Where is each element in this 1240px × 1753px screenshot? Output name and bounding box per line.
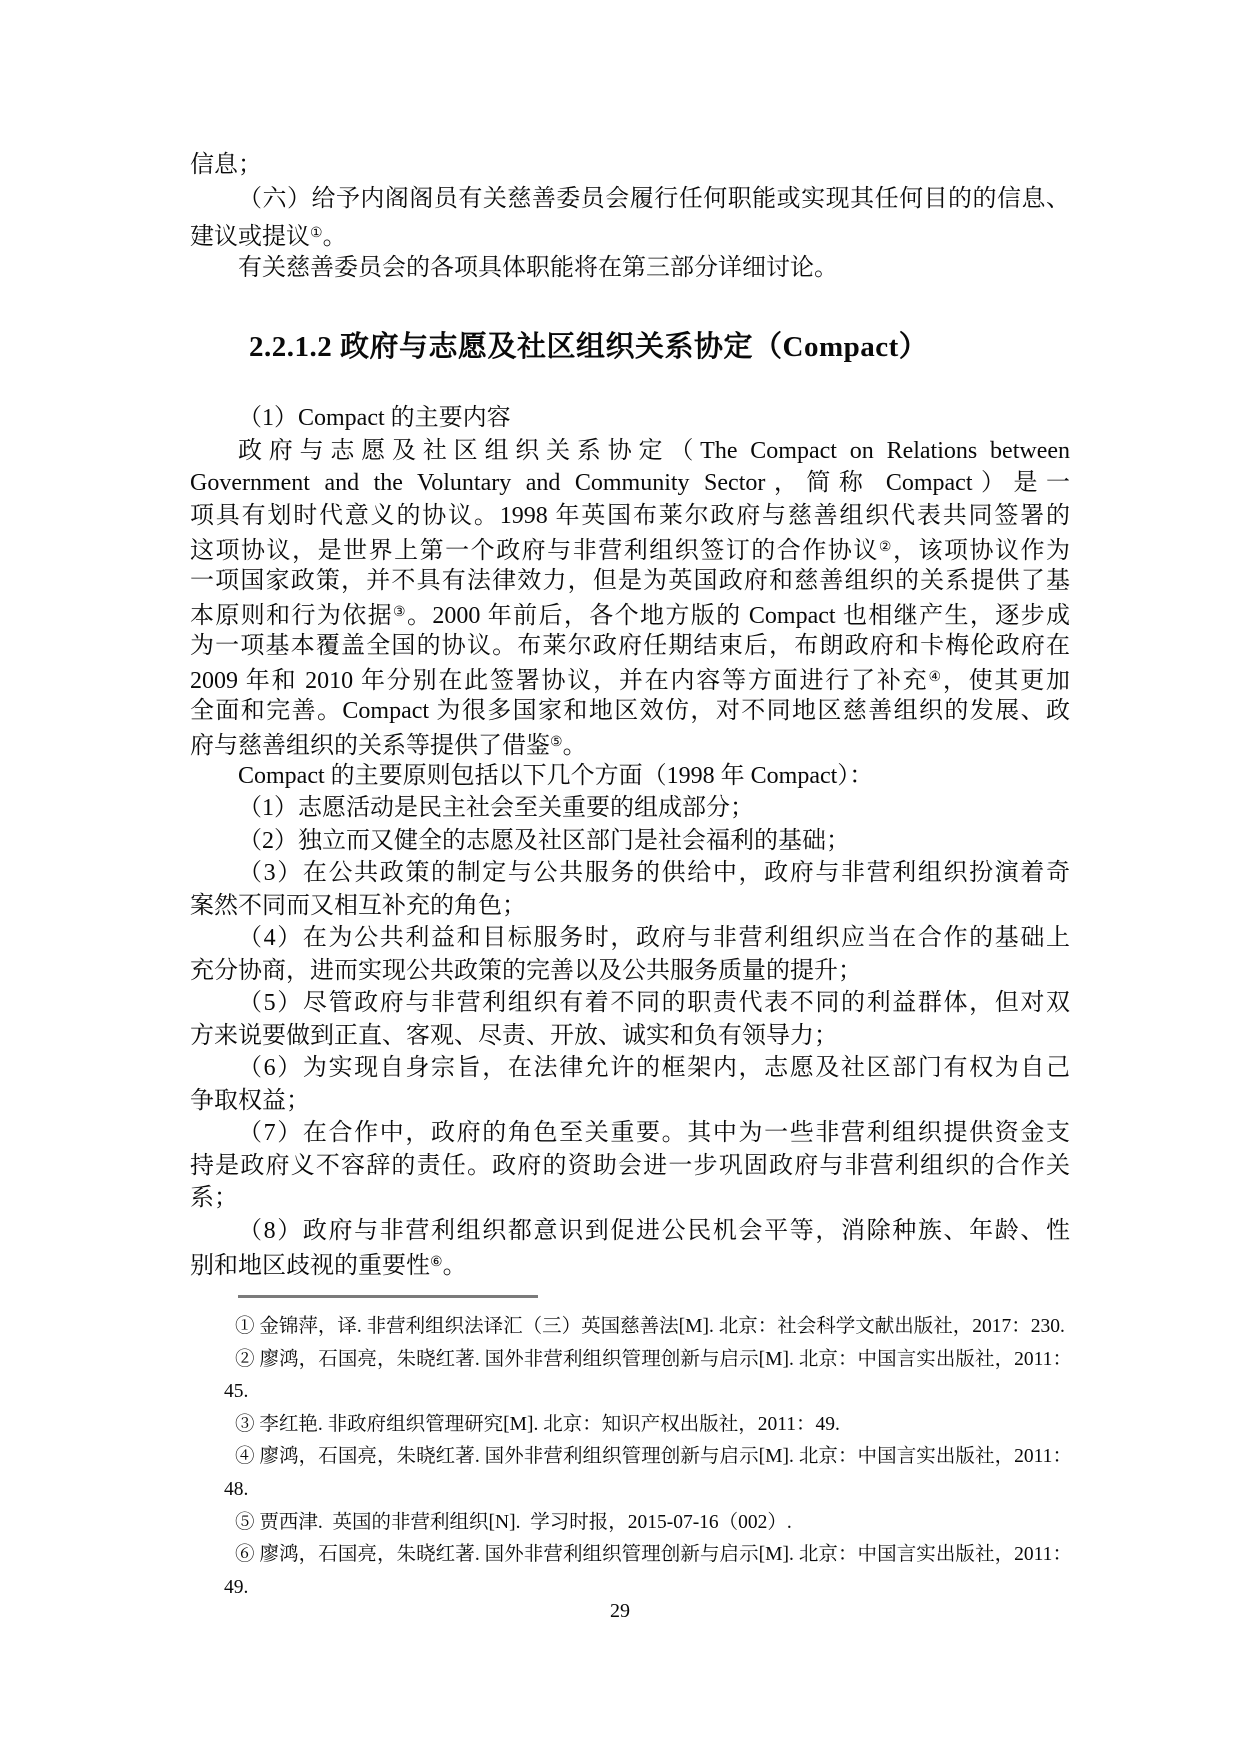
- body-paragraphs: （1）Compact 的主要内容政府与志愿及社区组织关系协定（The Compa…: [190, 402, 1070, 1280]
- text-line: 全面和完善。Compact 为很多国家和地区效仿，对不同地区慈善组织的发展、政: [190, 695, 1070, 728]
- text-line: （4）在为公共利益和目标服务时，政府与非营利组织应当在合作的基础上: [190, 922, 1070, 955]
- text-line: ① 金锦萍，译. 非营利组织法译汇（三）英国慈善法[M]. 北京：社会科学文献出…: [224, 1311, 1072, 1344]
- text-line: ③ 李红艳. 非政府组织管理研究[M]. 北京：知识产权出版社，2011：49.: [224, 1409, 1072, 1442]
- text-line: 府与慈善组织的关系等提供了借鉴⑤。: [190, 727, 1070, 760]
- text-line: （3）在公共政策的制定与公共服务的供给中，政府与非营利组织扮演着奇: [190, 857, 1070, 890]
- intro-paragraph: 信息；（六）给予内阁阁员有关慈善委员会履行任何职能或实现其任何目的的信息、建议或…: [190, 148, 1070, 286]
- text-line: （7）在合作中，政府的角色至关重要。其中为一些非营利组织提供资金支: [190, 1117, 1070, 1150]
- text-line: ⑥ 廖鸿，石国亮，朱晓红著. 国外非营利组织管理创新与启示[M]. 北京：中国言…: [224, 1539, 1072, 1572]
- text-line: 持是政府义不容辞的责任。政府的资助会进一步巩固政府与非营利组织的合作关: [190, 1150, 1070, 1183]
- text-line: ② 廖鸿，石国亮，朱晓红著. 国外非营利组织管理创新与启示[M]. 北京：中国言…: [224, 1344, 1072, 1377]
- text-line: （8）政府与非营利组织都意识到促进公民机会平等，消除种族、年龄、性: [190, 1215, 1070, 1248]
- text-line: 系；: [190, 1182, 1070, 1215]
- text-line: （1）志愿活动是民主社会至关重要的组成部分；: [190, 792, 1070, 825]
- text-line: 本原则和行为依据③。2000 年前后，各个地方版的 Compact 也相继产生，…: [190, 597, 1070, 630]
- text-line: 充分协商，进而实现公共政策的完善以及公共服务质量的提升；: [190, 955, 1070, 988]
- text-line: 一项国家政策，并不具有法律效力，但是为英国政府和慈善组织的关系提供了基: [190, 565, 1070, 598]
- text-line: 为一项基本覆盖全国的协议。布莱尔政府任期结束后，布朗政府和卡梅伦政府在: [190, 630, 1070, 663]
- text-line: 争取权益；: [190, 1085, 1070, 1118]
- footnotes: ① 金锦萍，译. 非营利组织法译汇（三）英国慈善法[M]. 北京：社会科学文献出…: [224, 1311, 1072, 1604]
- text-line: 有关慈善委员会的各项具体职能将在第三部分详细讨论。: [190, 251, 1070, 285]
- text-line: 这项协议，是世界上第一个政府与非营利组织签订的合作协议②，该项协议作为: [190, 532, 1070, 565]
- text-line: （六）给予内阁阁员有关慈善委员会履行任何职能或实现其任何目的的信息、: [190, 182, 1070, 216]
- footnote-separator: [238, 1295, 538, 1298]
- document-page: { "page": { "number": "29" }, "intro": {…: [0, 0, 1240, 1753]
- text-line: ⑤ 贾西津. 英国的非营利组织[N]. 学习时报，2015-07-16（002）…: [224, 1507, 1072, 1540]
- text-line: 政府与志愿及社区组织关系协定（The Compact on Relations …: [190, 435, 1070, 468]
- text-line: 建议或提议①。: [190, 217, 1070, 251]
- text-line: （6）为实现自身宗旨，在法律允许的框架内，志愿及社区部门有权为自己: [190, 1052, 1070, 1085]
- text-line: 方来说要做到正直、客观、尽责、开放、诚实和负有领导力；: [190, 1020, 1070, 1053]
- text-line: （2）独立而又健全的志愿及社区部门是社会福利的基础；: [190, 825, 1070, 858]
- text-line: 45.: [224, 1376, 1072, 1409]
- text-line: 项具有划时代意义的协议。1998 年英国布莱尔政府与慈善组织代表共同签署的: [190, 500, 1070, 533]
- text-line: 2009 年和 2010 年分别在此签署协议，并在内容等方面进行了补充④，使其更…: [190, 662, 1070, 695]
- text-line: 别和地区歧视的重要性⑥。: [190, 1247, 1070, 1280]
- text-line: Compact 的主要原则包括以下几个方面（1998 年 Compact）：: [190, 760, 1070, 793]
- text-line: 信息；: [190, 148, 1070, 182]
- text-line: 案然不同而又相互补充的角色；: [190, 890, 1070, 923]
- text-line: ④ 廖鸿，石国亮，朱晓红著. 国外非营利组织管理创新与启示[M]. 北京：中国言…: [224, 1441, 1072, 1474]
- text-line: （1）Compact 的主要内容: [190, 402, 1070, 435]
- text-line: （5）尽管政府与非营利组织有着不同的职责代表不同的利益群体，但对双: [190, 987, 1070, 1020]
- page-number: 29: [0, 1600, 1240, 1623]
- text-line: 48.: [224, 1474, 1072, 1507]
- section-heading: 2.2.1.2 政府与志愿及社区组织关系协定（Compact）: [190, 324, 1129, 365]
- text-line: Government and the Voluntary and Communi…: [190, 467, 1070, 500]
